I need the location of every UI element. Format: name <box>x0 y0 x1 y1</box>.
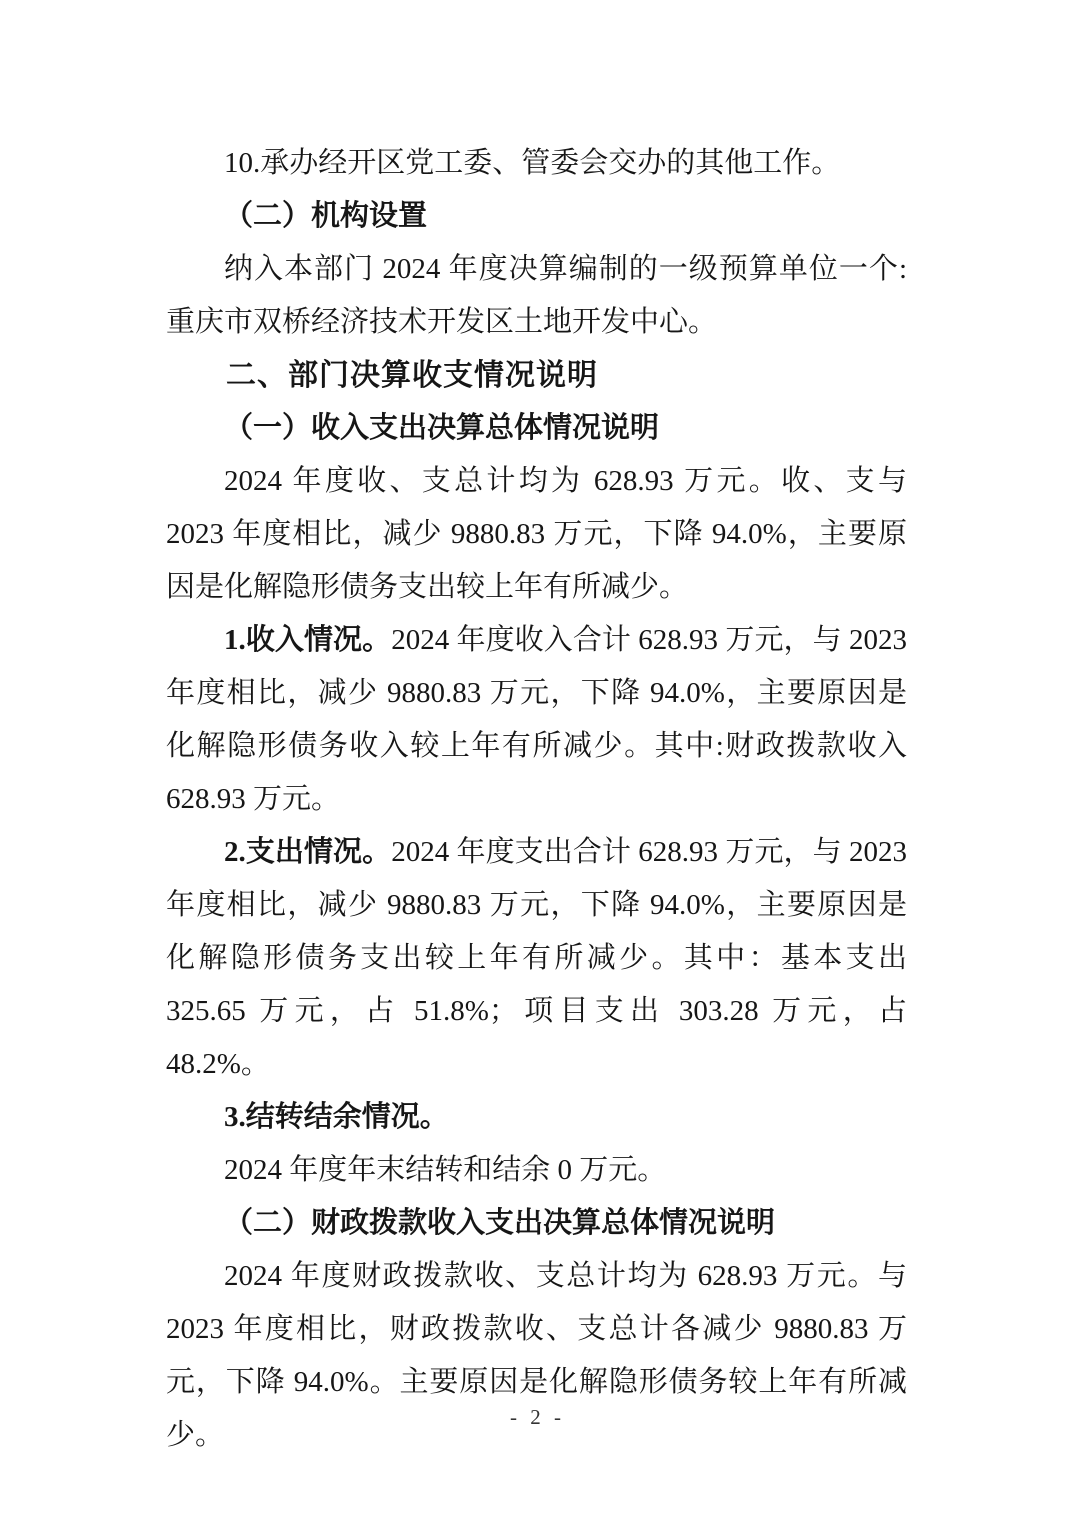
document-page: 10.承办经开区党工委、管委会交办的其他工作。 （二）机构设置 纳入本部门 20… <box>0 0 1075 1520</box>
paragraph-fiscal-appropriation: 2024 年度财政拨款收、支总计均为 628.93 万元。与 2023 年度相比… <box>166 1250 907 1462</box>
paragraph-budget-unit: 纳入本部门 2024 年度决算编制的一级预算单位一个:重庆市双桥经济技术开发区土… <box>166 243 907 349</box>
heading-org-setup: （二）机构设置 <box>166 190 907 243</box>
paragraph-carryover-balance: 2024 年度年末结转和结余 0 万元。 <box>166 1144 907 1197</box>
heading-carryover: 3.结转结余情况。 <box>166 1091 907 1144</box>
paragraph-expense-lead: 2.支出情况。 <box>224 836 391 868</box>
paragraph-expense-text: 2024 年度支出合计 628.93 万元，与 2023 年度相比，减少 988… <box>166 836 907 1080</box>
paragraph-duty-item-10: 10.承办经开区党工委、管委会交办的其他工作。 <box>166 137 907 190</box>
paragraph-expense-situation: 2.支出情况。2024 年度支出合计 628.93 万元，与 2023 年度相比… <box>166 826 907 1091</box>
paragraph-income-lead: 1.收入情况。 <box>224 624 391 656</box>
document-body: 10.承办经开区党工委、管委会交办的其他工作。 （二）机构设置 纳入本部门 20… <box>166 137 907 1462</box>
heading-fiscal-appropriation: （二）财政拨款收入支出决算总体情况说明 <box>166 1197 907 1250</box>
heading-overall-income-expense: （一）收入支出决算总体情况说明 <box>166 402 907 455</box>
paragraph-overall-summary: 2024 年度收、支总计均为 628.93 万元。收、支与 2023 年度相比，… <box>166 455 907 614</box>
heading-section-two: 二、部门决算收支情况说明 <box>166 349 907 402</box>
paragraph-income-situation: 1.收入情况。2024 年度收入合计 628.93 万元，与 2023 年度相比… <box>166 614 907 826</box>
page-number: - 2 - <box>0 1405 1075 1430</box>
